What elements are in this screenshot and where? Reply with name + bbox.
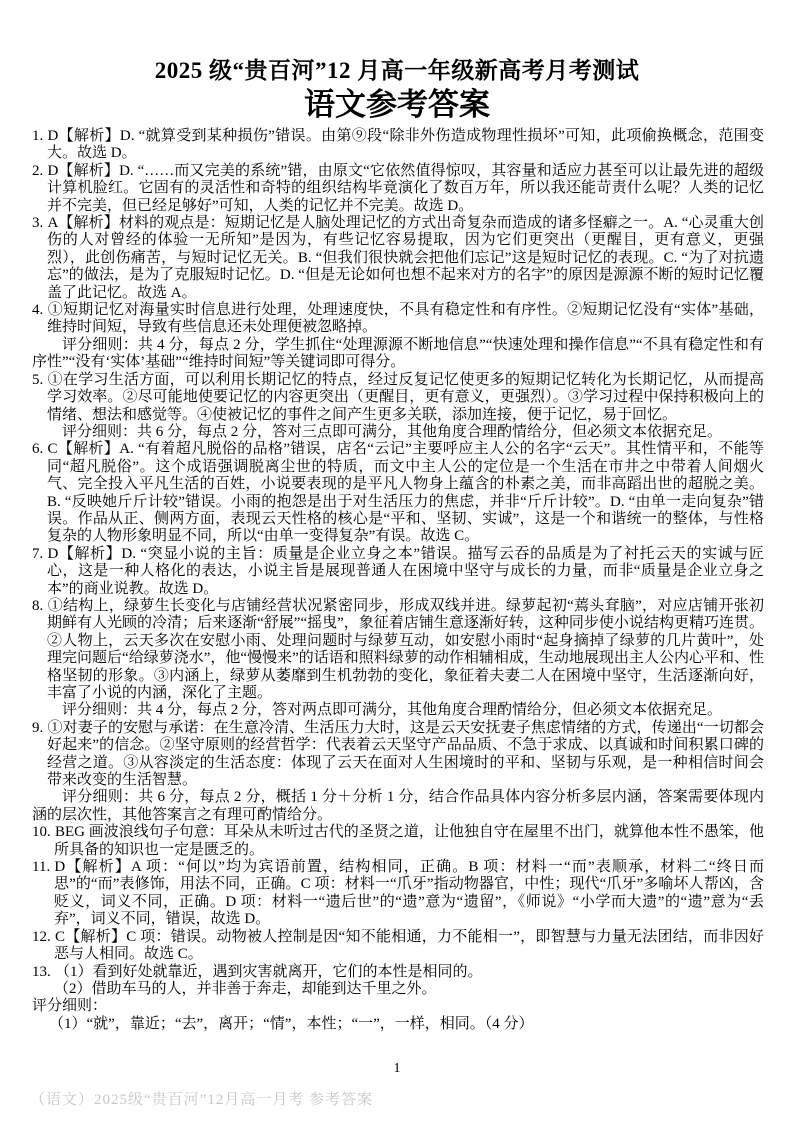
exam-answer-page: 2025 级“贵百河”12 月高一年级新高考月考测试 语文参考答案 1.D【解析… (0, 0, 794, 1123)
answer-text: D【解析】D. “……而又完美的系统”错，由原文“它依然值得惊叹，其容量和适应力… (47, 163, 764, 214)
answer-item-3: 3.A【解析】材料的观点是：短期记忆是人脑处理记忆的方式出奇复杂而造成的诸多怪癖… (32, 215, 764, 302)
page-title: 2025 级“贵百河”12 月高一年级新高考月考测试 (0, 0, 794, 85)
answer-number: 10. (32, 824, 51, 840)
answer-number: 12. (32, 929, 51, 945)
page-number: 1 (0, 1061, 794, 1077)
answer-number: 1. (32, 128, 43, 144)
answer-text: D【解析】D. “就算受到某种损伤”错误。由第⑨段“除非外伤造成物理性损坏”可知… (47, 128, 764, 161)
answer-text: A【解析】材料的观点是：短期记忆是人脑处理记忆的方式出奇复杂而造成的诸多怪癖之一… (47, 215, 764, 301)
answer-text: D【解析】A 项：“何以”均为宾语前置，结构相同，正确。B 项：材料一“而”表顺… (54, 859, 764, 927)
answer-item-1: 1.D【解析】D. “就算受到某种损伤”错误。由第⑨段“除非外伤造成物理性损坏”… (32, 128, 764, 163)
answer-item-7: 7.D【解析】D. “突显小说的主旨：质量是企业立身之本”错误。描写云吞的品质是… (32, 546, 764, 598)
answer-text: ①结构上，绿萝生长变化与店铺经营状况紧密同步，形成双线并进。绿萝起初“蔫头耷脑”… (47, 598, 764, 701)
answer-item-2: 2.D【解析】D. “……而又完美的系统”错，由原文“它依然值得惊叹，其容量和适… (32, 163, 764, 215)
answer-text: C【解析】C 项：错误。动物被人控制是因“知不能相通，力不能相一”，即智慧与力量… (54, 929, 764, 962)
answer-text: ①对妻子的安慰与承诺：在生意冷清、生活压力大时，这是云天安抚妻子焦虑情绪的方式，… (47, 720, 764, 788)
answer-text: C【解析】A. “有着超凡脱俗的品格”错误，店名“云记”主要呼应主人公的名字“云… (47, 441, 764, 544)
scoring-label-13: 评分细则： (32, 998, 764, 1015)
answer-item-13: 13.（1）看到好处就靠近，遇到灾害就离开，它们的本性是相同的。（2）借助车马的… (32, 964, 764, 999)
answer-number: 9. (32, 720, 43, 736)
answer-item-9: 9.①对妻子的安慰与承诺：在生意冷清、生活压力大时，这是云天安抚妻子焦虑情绪的方… (32, 720, 764, 790)
scoring-note-9: 评分细则：共 6 分，每点 2 分，概括 1 分＋分析 1 分，结合作品具体内容… (32, 789, 764, 824)
answers-body: 1.D【解析】D. “就算受到某种损伤”错误。由第⑨段“除非外伤造成物理性损坏”… (32, 128, 764, 1033)
answer-number: 8. (32, 598, 43, 614)
answer-number: 3. (32, 215, 43, 231)
answer-number: 7. (32, 546, 43, 562)
footer-note: （语文）2025级“贵百河”12月高一月考 参考答案 (30, 1088, 373, 1109)
answer-item-8: 8.①结构上，绿萝生长变化与店铺经营状况紧密同步，形成双线并进。绿萝起初“蔫头耷… (32, 598, 764, 702)
scoring-note-4: 评分细则：共 4 分，每点 2 分，学生抓住“处理源源不断地信息”“快速处理和操… (32, 337, 764, 372)
answer-text: D【解析】D. “突显小说的主旨：质量是企业立身之本”错误。描写云吞的品质是为了… (47, 546, 764, 597)
answer-text: BEG 画波浪线句子句意：耳朵从未听过古代的圣贤之道，让他独自守在屋里不出门，就… (54, 824, 764, 857)
answer-number: 2. (32, 163, 43, 179)
scoring-note-8: 评分细则：共 4 分，每点 2 分，答对两点即可满分，其他角度合理酌情给分，但必… (32, 702, 764, 719)
answer-item-4: 4.①短期记忆对海量实时信息进行处理，处理速度快，不具有稳定性和有序性。②短期记… (32, 302, 764, 337)
answer-translation-1: （1）看到好处就靠近，遇到灾害就离开，它们的本性是相同的。 (55, 964, 483, 980)
answer-text: ①短期记忆对海量实时信息进行处理，处理速度快，不具有稳定性和有序性。②短期记忆没… (47, 302, 764, 335)
answer-item-10: 10.BEG 画波浪线句子句意：耳朵从未听过古代的圣贤之道，让他独自守在屋里不出… (32, 824, 764, 859)
answer-item-11: 11.D【解析】A 项：“何以”均为宾语前置，结构相同，正确。B 项：材料一“而… (32, 859, 764, 929)
answer-item-12: 12.C【解析】C 项：错误。动物被人控制是因“知不能相通，力不能相一”，即智慧… (32, 929, 764, 964)
scoring-detail-13: （1）“就”，靠近；“去”，离开；“情”，本性；“一”，一样，相同。（4 分） (32, 1016, 764, 1033)
answer-item-5: 5.①在学习生活方面，可以利用长期记忆的特点，经过反复记忆使更多的短期记忆转化为… (32, 372, 764, 424)
answer-number: 11. (32, 859, 50, 875)
answer-number: 5. (32, 372, 43, 388)
answer-number: 13. (32, 964, 51, 980)
answer-item-6: 6.C【解析】A. “有着超凡脱俗的品格”错误，店名“云记”主要呼应主人公的名字… (32, 441, 764, 545)
answer-number: 4. (32, 302, 43, 318)
scoring-note-5: 评分细则：共 6 分，每点 2 分，答对三点即可满分，其他角度合理酌情给分，但必… (32, 424, 764, 441)
answer-number: 6. (32, 441, 43, 457)
answer-text: ①在学习生活方面，可以利用长期记忆的特点，经过反复记忆使更多的短期记忆转化为长期… (47, 372, 764, 423)
page-subtitle: 语文参考答案 (0, 86, 794, 123)
answer-translation-2: （2）借助车马的人，并非善于奔走，却能到达千里之外。 (54, 981, 437, 997)
